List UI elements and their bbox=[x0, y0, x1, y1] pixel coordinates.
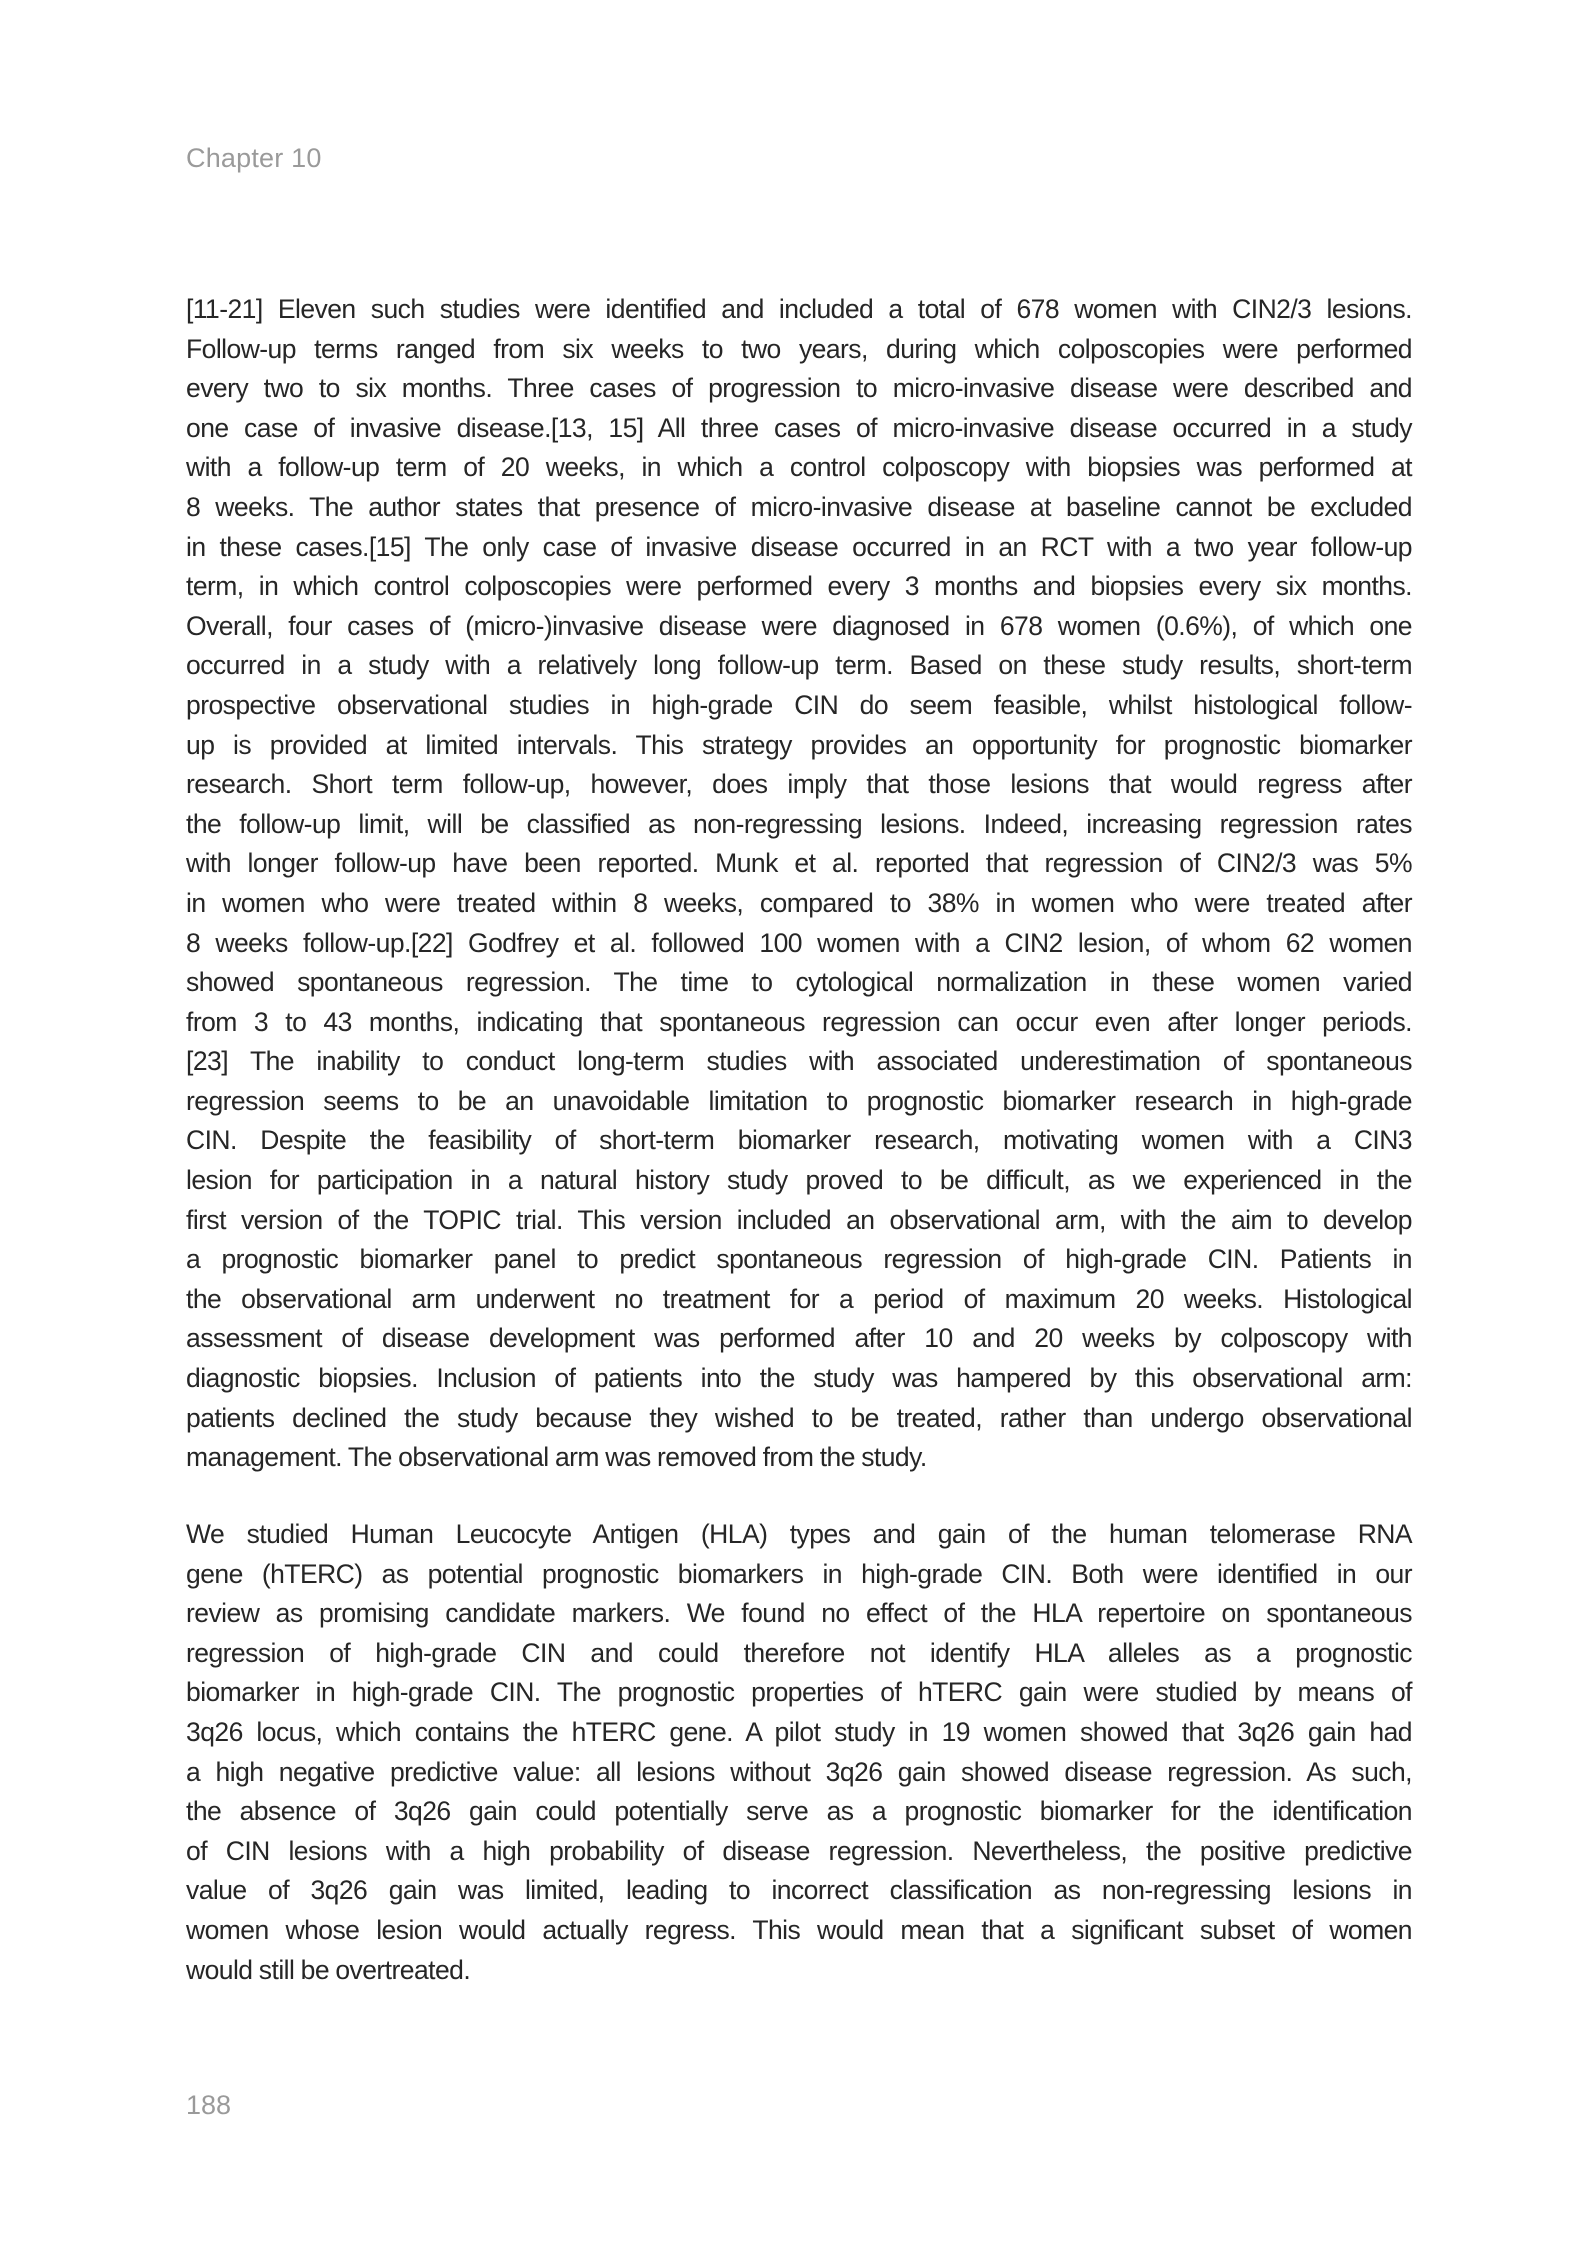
text-line: a prognostic biomarker panel to predict … bbox=[186, 1240, 1412, 1280]
text-line: 3q26 locus, which contains the hTERC gen… bbox=[186, 1713, 1412, 1753]
text-line: [23] The inability to conduct long-term … bbox=[186, 1042, 1412, 1082]
text-line: management. The observational arm was re… bbox=[186, 1438, 1412, 1478]
text-line: occurred in a study with a relatively lo… bbox=[186, 646, 1412, 686]
text-line: lesion for participation in a natural hi… bbox=[186, 1161, 1412, 1201]
text-line: review as promising candidate markers. W… bbox=[186, 1594, 1412, 1634]
page-number: 188 bbox=[186, 2090, 231, 2121]
text-line: patients declined the study because they… bbox=[186, 1399, 1412, 1439]
text-line: regression of high-grade CIN and could t… bbox=[186, 1634, 1412, 1674]
text-line: every two to six months. Three cases of … bbox=[186, 369, 1412, 409]
text-line: research. Short term follow-up, however,… bbox=[186, 765, 1412, 805]
text-line: value of 3q26 gain was limited, leading … bbox=[186, 1871, 1412, 1911]
text-line: 8 weeks. The author states that presence… bbox=[186, 488, 1412, 528]
running-head-chapter: Chapter 10 bbox=[186, 143, 322, 174]
text-line: assessment of disease development was pe… bbox=[186, 1319, 1412, 1359]
text-line: one case of invasive disease.[13, 15] Al… bbox=[186, 409, 1412, 449]
paragraph-2: We studied Human Leucocyte Antigen (HLA)… bbox=[186, 1515, 1412, 1990]
text-line: showed spontaneous regression. The time … bbox=[186, 963, 1412, 1003]
text-line: regression seems to be an unavoidable li… bbox=[186, 1082, 1412, 1122]
text-line: Overall, four cases of (micro-)invasive … bbox=[186, 607, 1412, 647]
text-line: diagnostic biopsies. Inclusion of patien… bbox=[186, 1359, 1412, 1399]
text-line: gene (hTERC) as potential prognostic bio… bbox=[186, 1555, 1412, 1595]
text-line: biomarker in high-grade CIN. The prognos… bbox=[186, 1673, 1412, 1713]
text-line: We studied Human Leucocyte Antigen (HLA)… bbox=[186, 1515, 1412, 1555]
text-line: term, in which control colposcopies were… bbox=[186, 567, 1412, 607]
text-line: the observational arm underwent no treat… bbox=[186, 1280, 1412, 1320]
text-line: women whose lesion would actually regres… bbox=[186, 1911, 1412, 1951]
text-line: 8 weeks follow-up.[22] Godfrey et al. fo… bbox=[186, 924, 1412, 964]
text-line: a high negative predictive value: all le… bbox=[186, 1753, 1412, 1793]
text-line: the absence of 3q26 gain could potential… bbox=[186, 1792, 1412, 1832]
text-line: in women who were treated within 8 weeks… bbox=[186, 884, 1412, 924]
text-line: with a follow-up term of 20 weeks, in wh… bbox=[186, 448, 1412, 488]
text-line: Follow-up terms ranged from six weeks to… bbox=[186, 330, 1412, 370]
text-line: first version of the TOPIC trial. This v… bbox=[186, 1201, 1412, 1241]
text-line: up is provided at limited intervals. Thi… bbox=[186, 726, 1412, 766]
text-line: CIN. Despite the feasibility of short-te… bbox=[186, 1121, 1412, 1161]
text-line: the follow-up limit, will be classified … bbox=[186, 805, 1412, 845]
text-line: with longer follow-up have been reported… bbox=[186, 844, 1412, 884]
text-line: from 3 to 43 months, indicating that spo… bbox=[186, 1003, 1412, 1043]
text-line: of CIN lesions with a high probability o… bbox=[186, 1832, 1412, 1872]
text-line: prospective observational studies in hig… bbox=[186, 686, 1412, 726]
text-line: would still be overtreated. bbox=[186, 1951, 1412, 1991]
text-line: in these cases.[15] The only case of inv… bbox=[186, 528, 1412, 568]
paragraph-1: [11-21] Eleven such studies were identif… bbox=[186, 290, 1412, 1478]
text-line: [11-21] Eleven such studies were identif… bbox=[186, 290, 1412, 330]
